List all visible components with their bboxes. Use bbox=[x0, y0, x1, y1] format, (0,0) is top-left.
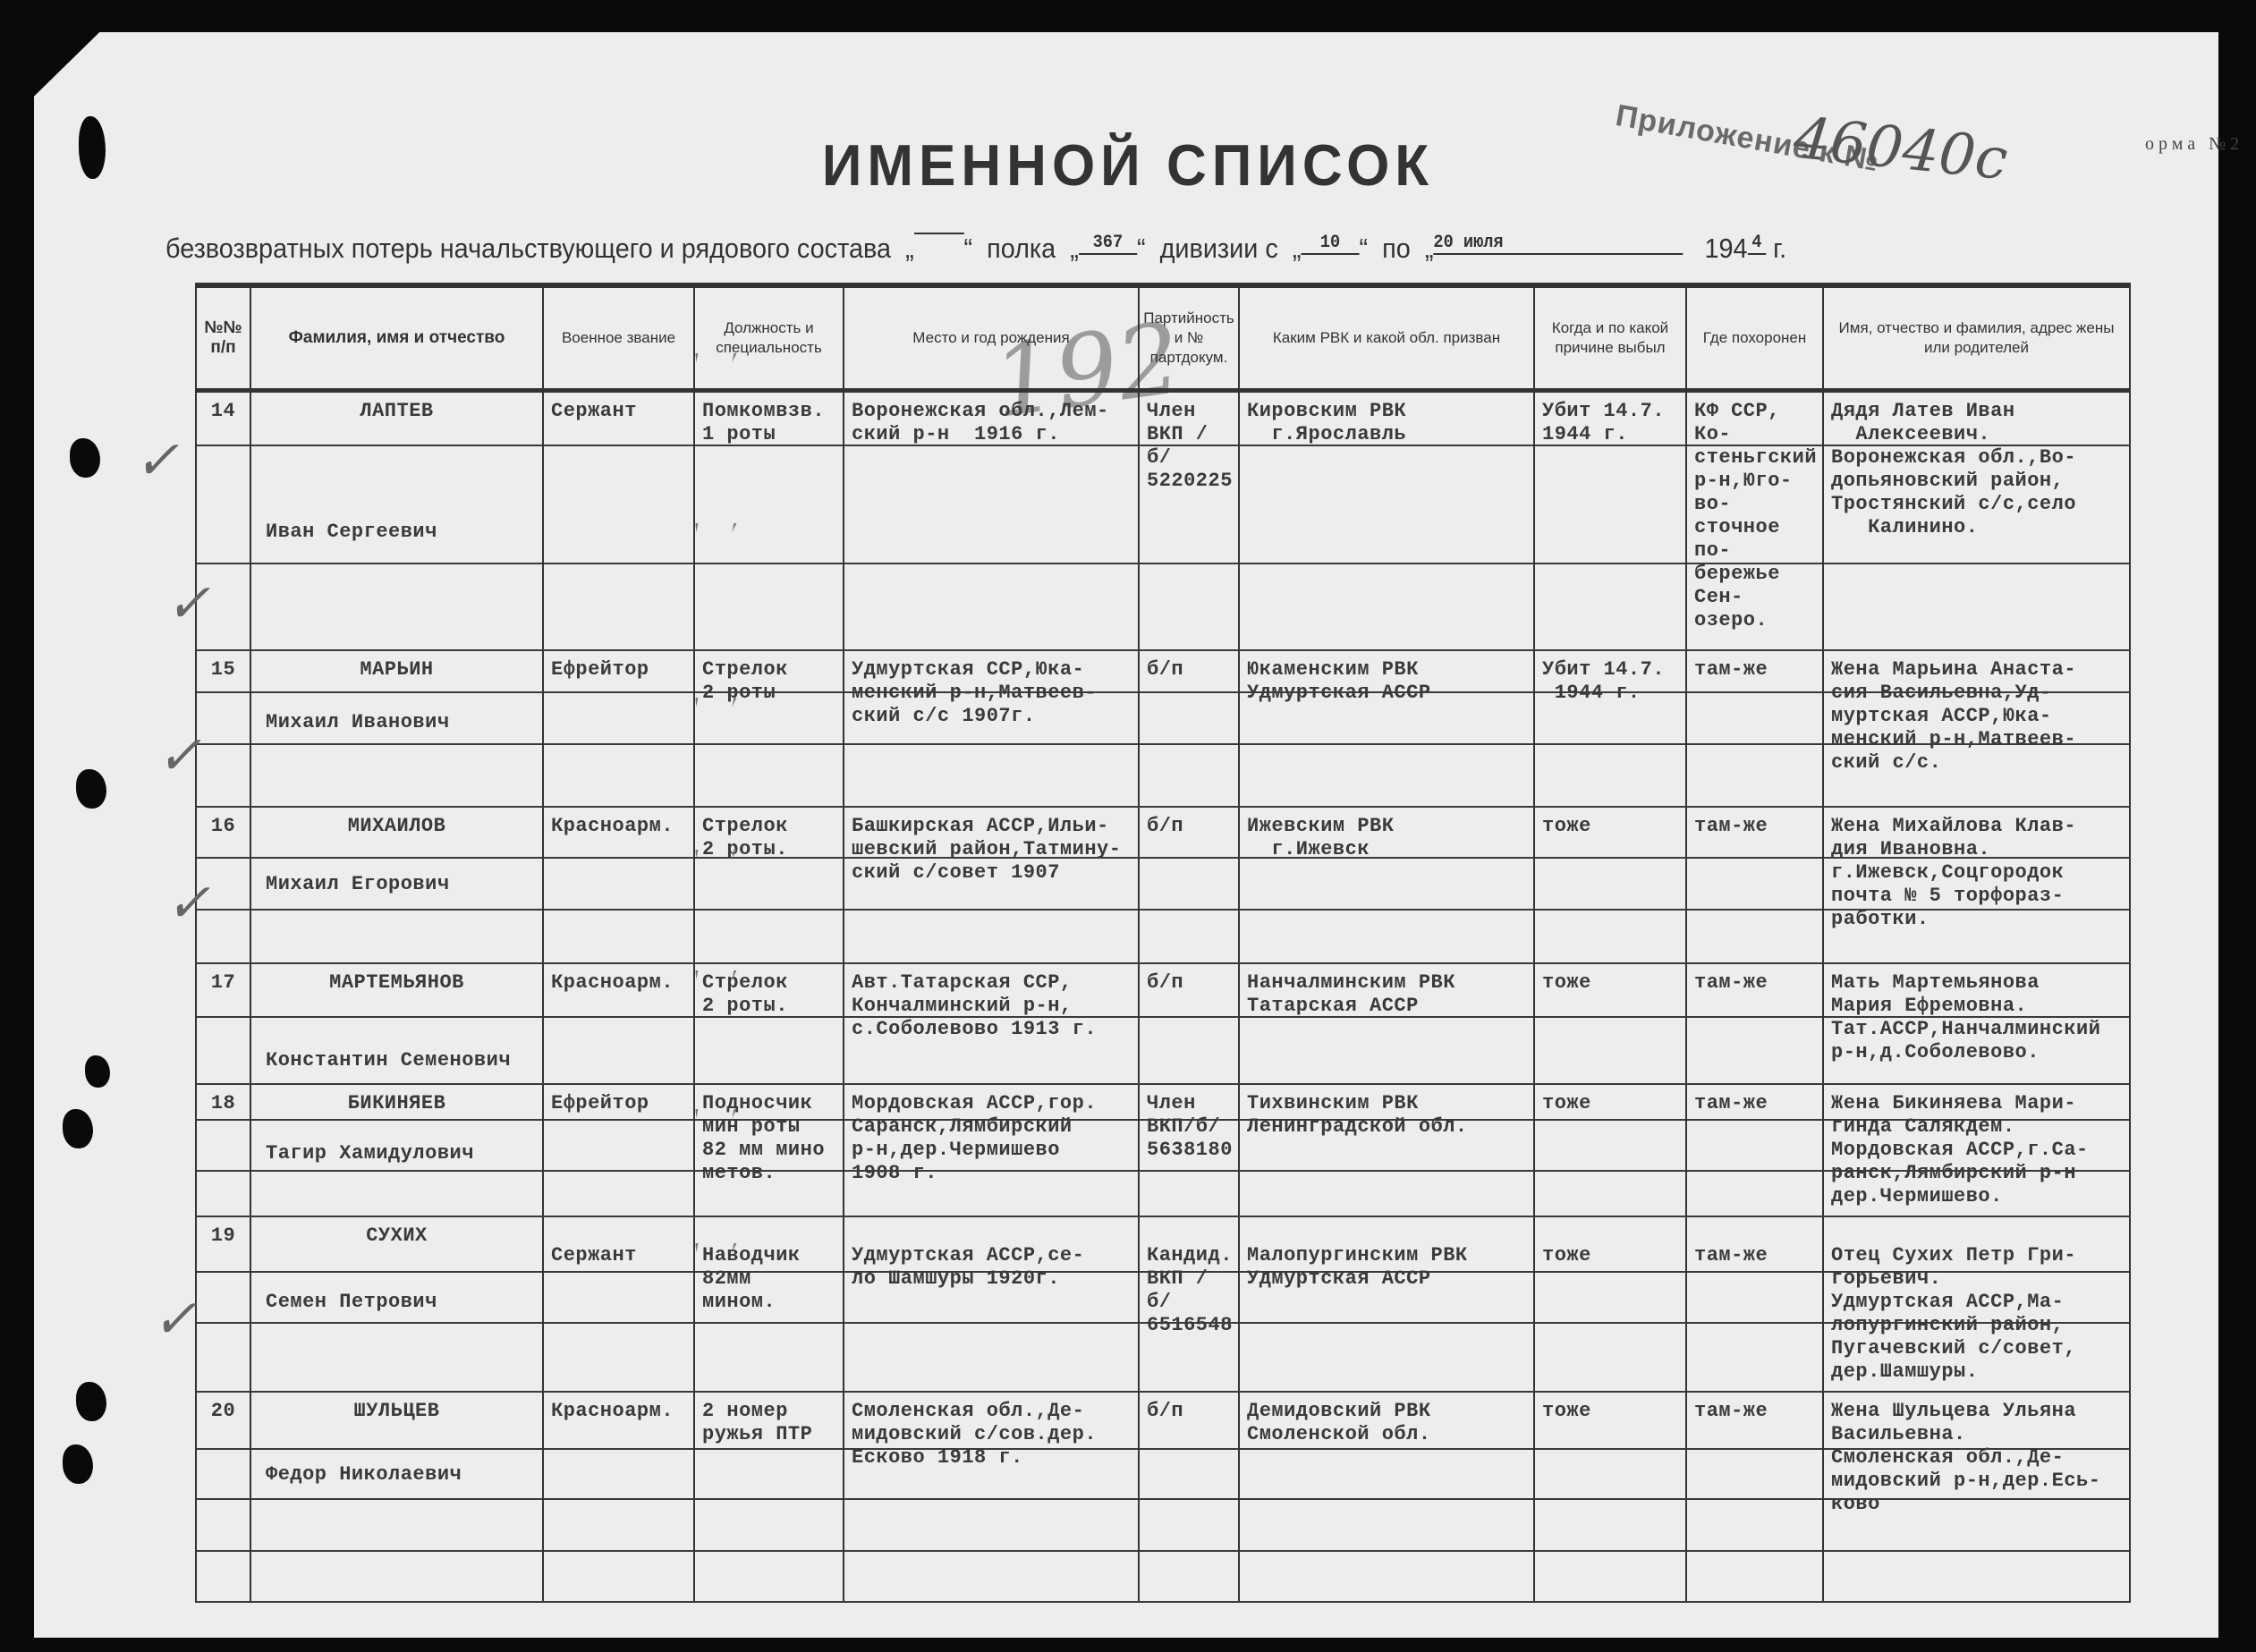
col-header-buried: Где похоронен bbox=[1686, 285, 1823, 391]
punch-hole bbox=[76, 1382, 106, 1421]
when-why-lost: тоже bbox=[1535, 1393, 1685, 1430]
party-membership: Член ВКП/б/ 5638180 bbox=[1140, 1085, 1238, 1169]
when-why-lost: Убит 14.7. 1944 г. bbox=[1535, 651, 1685, 712]
punch-hole bbox=[85, 1055, 110, 1088]
conscription-office: Юкаменским РВК Удмуртская АССР bbox=[1240, 651, 1533, 712]
birth-place-year: Мордовская АССР,гор. Саранск,Лямбирский … bbox=[844, 1085, 1138, 1192]
row-number: 20 bbox=[197, 1393, 250, 1430]
burial-place: там-же bbox=[1687, 808, 1822, 845]
given-names: Тагир Хамидулович bbox=[259, 1135, 481, 1173]
year-suffix: 4 bbox=[1748, 233, 1766, 255]
division-label: дивизии с bbox=[1160, 233, 1278, 264]
burial-place: там-же bbox=[1687, 1217, 1822, 1275]
burial-place: КФ ССР, Ко- стеньгский р-н,Юго-во- сточн… bbox=[1687, 393, 1822, 640]
punch-hole bbox=[70, 438, 100, 478]
col-header-number: №№ п/п bbox=[196, 285, 250, 391]
document-title: ИМЕННОЙ СПИСОК bbox=[0, 132, 2256, 199]
rank: Красноарм. bbox=[544, 1393, 693, 1430]
table-row: 14 ЛАПТЕВИван Сергеевич Сержант Помкомвз… bbox=[196, 391, 2130, 650]
relatives-address: Жена Михайлова Клав- дия Ивановна. г.Иже… bbox=[1824, 808, 2129, 938]
col-header-rvk: Каким РВК и какой обл. призван bbox=[1239, 285, 1534, 391]
division-value: 367 bbox=[1079, 233, 1137, 255]
margin-tick-icon: ✓ bbox=[152, 1288, 197, 1351]
table-row: 20 ШУЛЬЦЕВФедор Николаевич Красноарм. 2 … bbox=[196, 1392, 2130, 1602]
given-names: Константин Семенович bbox=[259, 1042, 518, 1080]
relatives-address: Жена Марьина Анаста- сия Васильевна,Уд- … bbox=[1824, 651, 2129, 782]
conscription-office: Ижевским РВК г.Ижевск bbox=[1240, 808, 1533, 868]
when-why-lost: тоже bbox=[1535, 808, 1685, 845]
casualty-table: №№ п/п Фамилия, имя и отчество Военное з… bbox=[195, 283, 2129, 1603]
col-header-rank: Военное звание bbox=[543, 285, 694, 391]
row-number: 15 bbox=[197, 651, 250, 689]
given-names: Семен Петрович bbox=[259, 1283, 445, 1321]
relatives-address: Жена Бикиняева Мари- гинда Салякдем. Мор… bbox=[1824, 1085, 2129, 1216]
margin-tick-icon: ✓ bbox=[165, 572, 210, 635]
conscription-office: Тихвинским РВК Ленинградской обл. bbox=[1240, 1085, 1533, 1146]
regiment-value bbox=[914, 233, 964, 234]
birth-place-year: Смоленская обл.,Де- мидовский с/сов.дер.… bbox=[844, 1393, 1138, 1477]
table-row: 15 МАРЬИНМихаил Иванович Ефрейтор Стрело… bbox=[196, 650, 2130, 807]
given-names: Федор Николаевич bbox=[259, 1456, 469, 1494]
rank: Красноарм. bbox=[544, 808, 693, 845]
relatives-address: Дядя Латев Иван Алексеевич. Воронежская … bbox=[1824, 393, 2129, 546]
year-prefix: 194 bbox=[1704, 233, 1747, 264]
margin-tick-icon: ✓ bbox=[165, 872, 210, 935]
surname: МИХАИЛОВ bbox=[251, 808, 542, 845]
burial-place: там-же bbox=[1687, 651, 1822, 689]
birth-place-year: Башкирская АССР,Ильи- шевский район,Татм… bbox=[844, 808, 1138, 892]
burial-place: там-же bbox=[1687, 1085, 1822, 1123]
party-membership: Кандид. ВКП /б/ 6516548 bbox=[1140, 1217, 1238, 1344]
subtitle-prefix: безвозвратных потерь начальствующего и р… bbox=[165, 233, 891, 264]
table-row: 17 МАРТЕМЬЯНОВКонстантин Семенович Красн… bbox=[196, 963, 2130, 1084]
relatives-address: Жена Шульцева Ульяна Васильевна. Смоленс… bbox=[1824, 1393, 2129, 1523]
col-header-when-why: Когда и по какой причине выбыл bbox=[1534, 285, 1686, 391]
surname: БИКИНЯЕВ bbox=[251, 1085, 542, 1123]
table-header-row: №№ п/п Фамилия, имя и отчество Военное з… bbox=[196, 285, 2130, 391]
table-row: 16 МИХАИЛОВМихаил Егорович Красноарм. Ст… bbox=[196, 807, 2130, 963]
document-subtitle: безвозвратных потерь начальствующего и р… bbox=[165, 233, 1786, 265]
burial-place: там-же bbox=[1687, 1393, 1822, 1430]
relatives-address: Отец Сухих Петр Гри- горьевич. Удмуртска… bbox=[1824, 1217, 2129, 1391]
position: 2 номер ружья ПТР bbox=[695, 1393, 843, 1453]
when-why-lost: тоже bbox=[1535, 1217, 1685, 1275]
conscription-office: Малопургинским РВК Удмуртская АССР bbox=[1240, 1217, 1533, 1298]
regiment-label: полка bbox=[987, 233, 1056, 264]
col-header-party: Партийность и № партдокум. bbox=[1139, 285, 1239, 391]
party-membership: Член ВКП /б/ 5220225 bbox=[1140, 393, 1238, 500]
punch-hole bbox=[76, 769, 106, 809]
when-why-lost: тоже bbox=[1535, 964, 1685, 1002]
given-names: Иван Сергеевич bbox=[259, 513, 445, 551]
from-day-value: 10 bbox=[1301, 233, 1359, 255]
surname: МАРТЕМЬЯНОВ bbox=[251, 964, 542, 1002]
surname: ШУЛЬЦЕВ bbox=[251, 1393, 542, 1430]
surname: МАРЬИН bbox=[251, 651, 542, 689]
given-names: Михаил Иванович bbox=[259, 704, 457, 741]
relatives-address: Мать Мартемьянова Мария Ефремовна. Тат.А… bbox=[1824, 964, 2129, 1072]
row-number: 19 bbox=[197, 1217, 250, 1255]
punch-hole bbox=[63, 1109, 93, 1148]
party-membership: б/п bbox=[1140, 964, 1238, 1002]
table-row: 18 БИКИНЯЕВТагир Хамидулович Ефрейтор По… bbox=[196, 1084, 2130, 1216]
row-number: 14 bbox=[197, 393, 250, 430]
rank: Сержант bbox=[544, 393, 693, 430]
margin-tick-icon: ✓ bbox=[157, 724, 201, 787]
rank: Сержант bbox=[544, 1217, 693, 1275]
when-why-lost: тоже bbox=[1535, 1085, 1685, 1123]
row-number: 17 bbox=[197, 964, 250, 1002]
party-membership: б/п bbox=[1140, 651, 1238, 689]
birth-place-year: Авт.Татарская ССР, Кончалминский р-н, с.… bbox=[844, 964, 1138, 1048]
party-membership: б/п bbox=[1140, 808, 1238, 845]
punch-hole bbox=[63, 1444, 93, 1484]
to-date-value: 20 июля bbox=[1433, 233, 1683, 255]
rank: Красноарм. bbox=[544, 964, 693, 1002]
row-number: 18 bbox=[197, 1085, 250, 1123]
party-membership: б/п bbox=[1140, 1393, 1238, 1430]
to-label: по bbox=[1382, 233, 1411, 264]
surname: ЛАПТЕВ bbox=[251, 393, 542, 430]
row-number: 16 bbox=[197, 808, 250, 845]
rank: Ефрейтор bbox=[544, 1085, 693, 1123]
col-header-birth: Место и год рождения bbox=[844, 285, 1139, 391]
birth-place-year: Удмуртская ССР,Юка- менский р-н,Матвеев-… bbox=[844, 651, 1138, 735]
year-unit: г. bbox=[1773, 233, 1786, 264]
table-row: 19 СУХИХСемен Петрович Сержант Наводчик … bbox=[196, 1216, 2130, 1392]
rank: Ефрейтор bbox=[544, 651, 693, 689]
col-header-relatives: Имя, отчество и фамилия, адрес жены или … bbox=[1823, 285, 2130, 391]
birth-place-year: Удмуртская АССР,се- ло Шамшуры 1920г. bbox=[844, 1217, 1138, 1298]
conscription-office: Демидовский РВК Смоленской обл. bbox=[1240, 1393, 1533, 1453]
given-names: Михаил Егорович bbox=[259, 866, 457, 903]
col-header-full-name: Фамилия, имя и отчество bbox=[250, 285, 543, 391]
surname: СУХИХ bbox=[251, 1217, 542, 1255]
margin-tick-icon: ✓ bbox=[134, 429, 179, 492]
burial-place: там-же bbox=[1687, 964, 1822, 1002]
